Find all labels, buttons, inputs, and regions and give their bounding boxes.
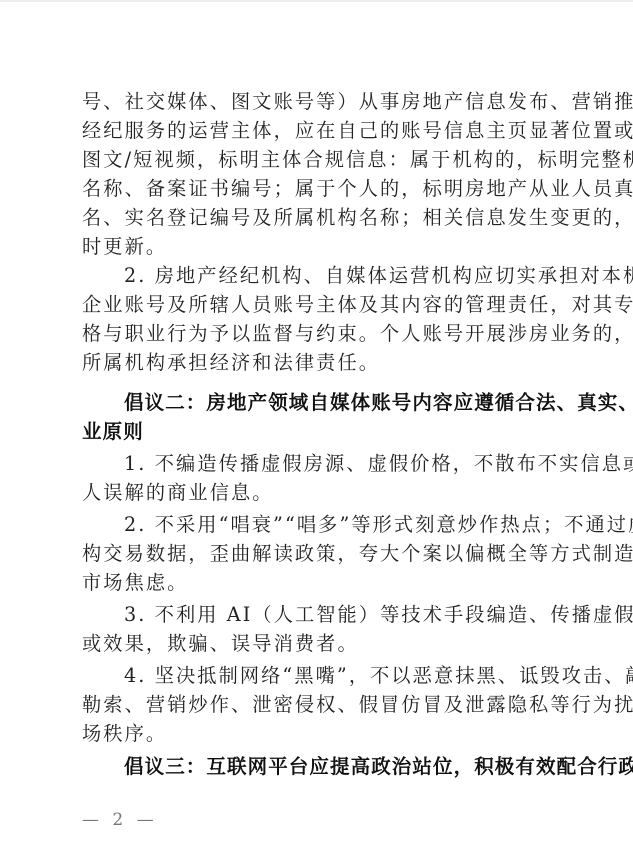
- list-item-line: 2. 不采用“唱衰”“唱多”等形式刻意炒作热点；不通过虚: [124, 510, 552, 539]
- list-item-line: 3. 不利用 AI（人工智能）等技术手段编造、传播虚假场景: [124, 600, 552, 629]
- list-item-line: 4. 坚决抵制网络“黑嘴”，不以恶意抹黑、诋毁攻击、敲诈: [124, 661, 552, 690]
- paragraph-line: 经纪服务的运营主体，应在自己的账号信息主页显著位置或置顶: [82, 116, 552, 145]
- paragraph-line: 时更新。: [82, 232, 552, 261]
- list-item-line: 勒索、营销炒作、泄密侵权、假冒仿冒及泄露隐私等行为扰乱市: [82, 690, 552, 719]
- section-heading: 业原则: [82, 417, 552, 446]
- list-item-line: 人误解的商业信息。: [82, 478, 552, 507]
- section-heading: 倡议三：互联网平台应提高政治站位，积极有效配合行政机: [124, 752, 552, 781]
- list-item-line: 1. 不编造传播虚假房源、虚假价格，不散布不实信息或引: [124, 449, 552, 478]
- list-item-line: 格与职业行为予以监督与约束。个人账号开展涉房业务的，由其: [82, 319, 552, 348]
- paragraph-line: 名、实名登记编号及所属机构名称；相关信息发生变更的，应及: [82, 203, 552, 232]
- list-item-line: 市场焦虑。: [82, 568, 552, 597]
- page-number: — 2 —: [82, 810, 158, 830]
- paragraph-line: 号、社交媒体、图文账号等）从事房地产信息发布、营销推广、: [82, 87, 552, 116]
- paragraph-line: 名称、备案证书编号；属于个人的，标明房地产从业人员真实姓: [82, 174, 552, 203]
- list-item-line: 构交易数据，歪曲解读政策，夸大个案以偏概全等方式制造贩卖: [82, 539, 552, 568]
- list-item-line: 企业账号及所辖人员账号主体及其内容的管理责任，对其专业资: [82, 290, 552, 319]
- page-top-edge: [0, 0, 633, 2]
- list-item-line: 2. 房地产经纪机构、自媒体运营机构应切实承担对本机构: [124, 261, 552, 290]
- paragraph-line: 图文/短视频，标明主体合规信息：属于机构的，标明完整机构: [82, 145, 552, 174]
- list-item-line: 场秩序。: [82, 719, 552, 748]
- section-heading: 倡议二：房地产领域自媒体账号内容应遵循合法、真实、专: [124, 388, 552, 417]
- list-item-line: 所属机构承担经济和法律责任。: [82, 348, 552, 377]
- list-item-line: 或效果，欺骗、误导消费者。: [82, 629, 552, 658]
